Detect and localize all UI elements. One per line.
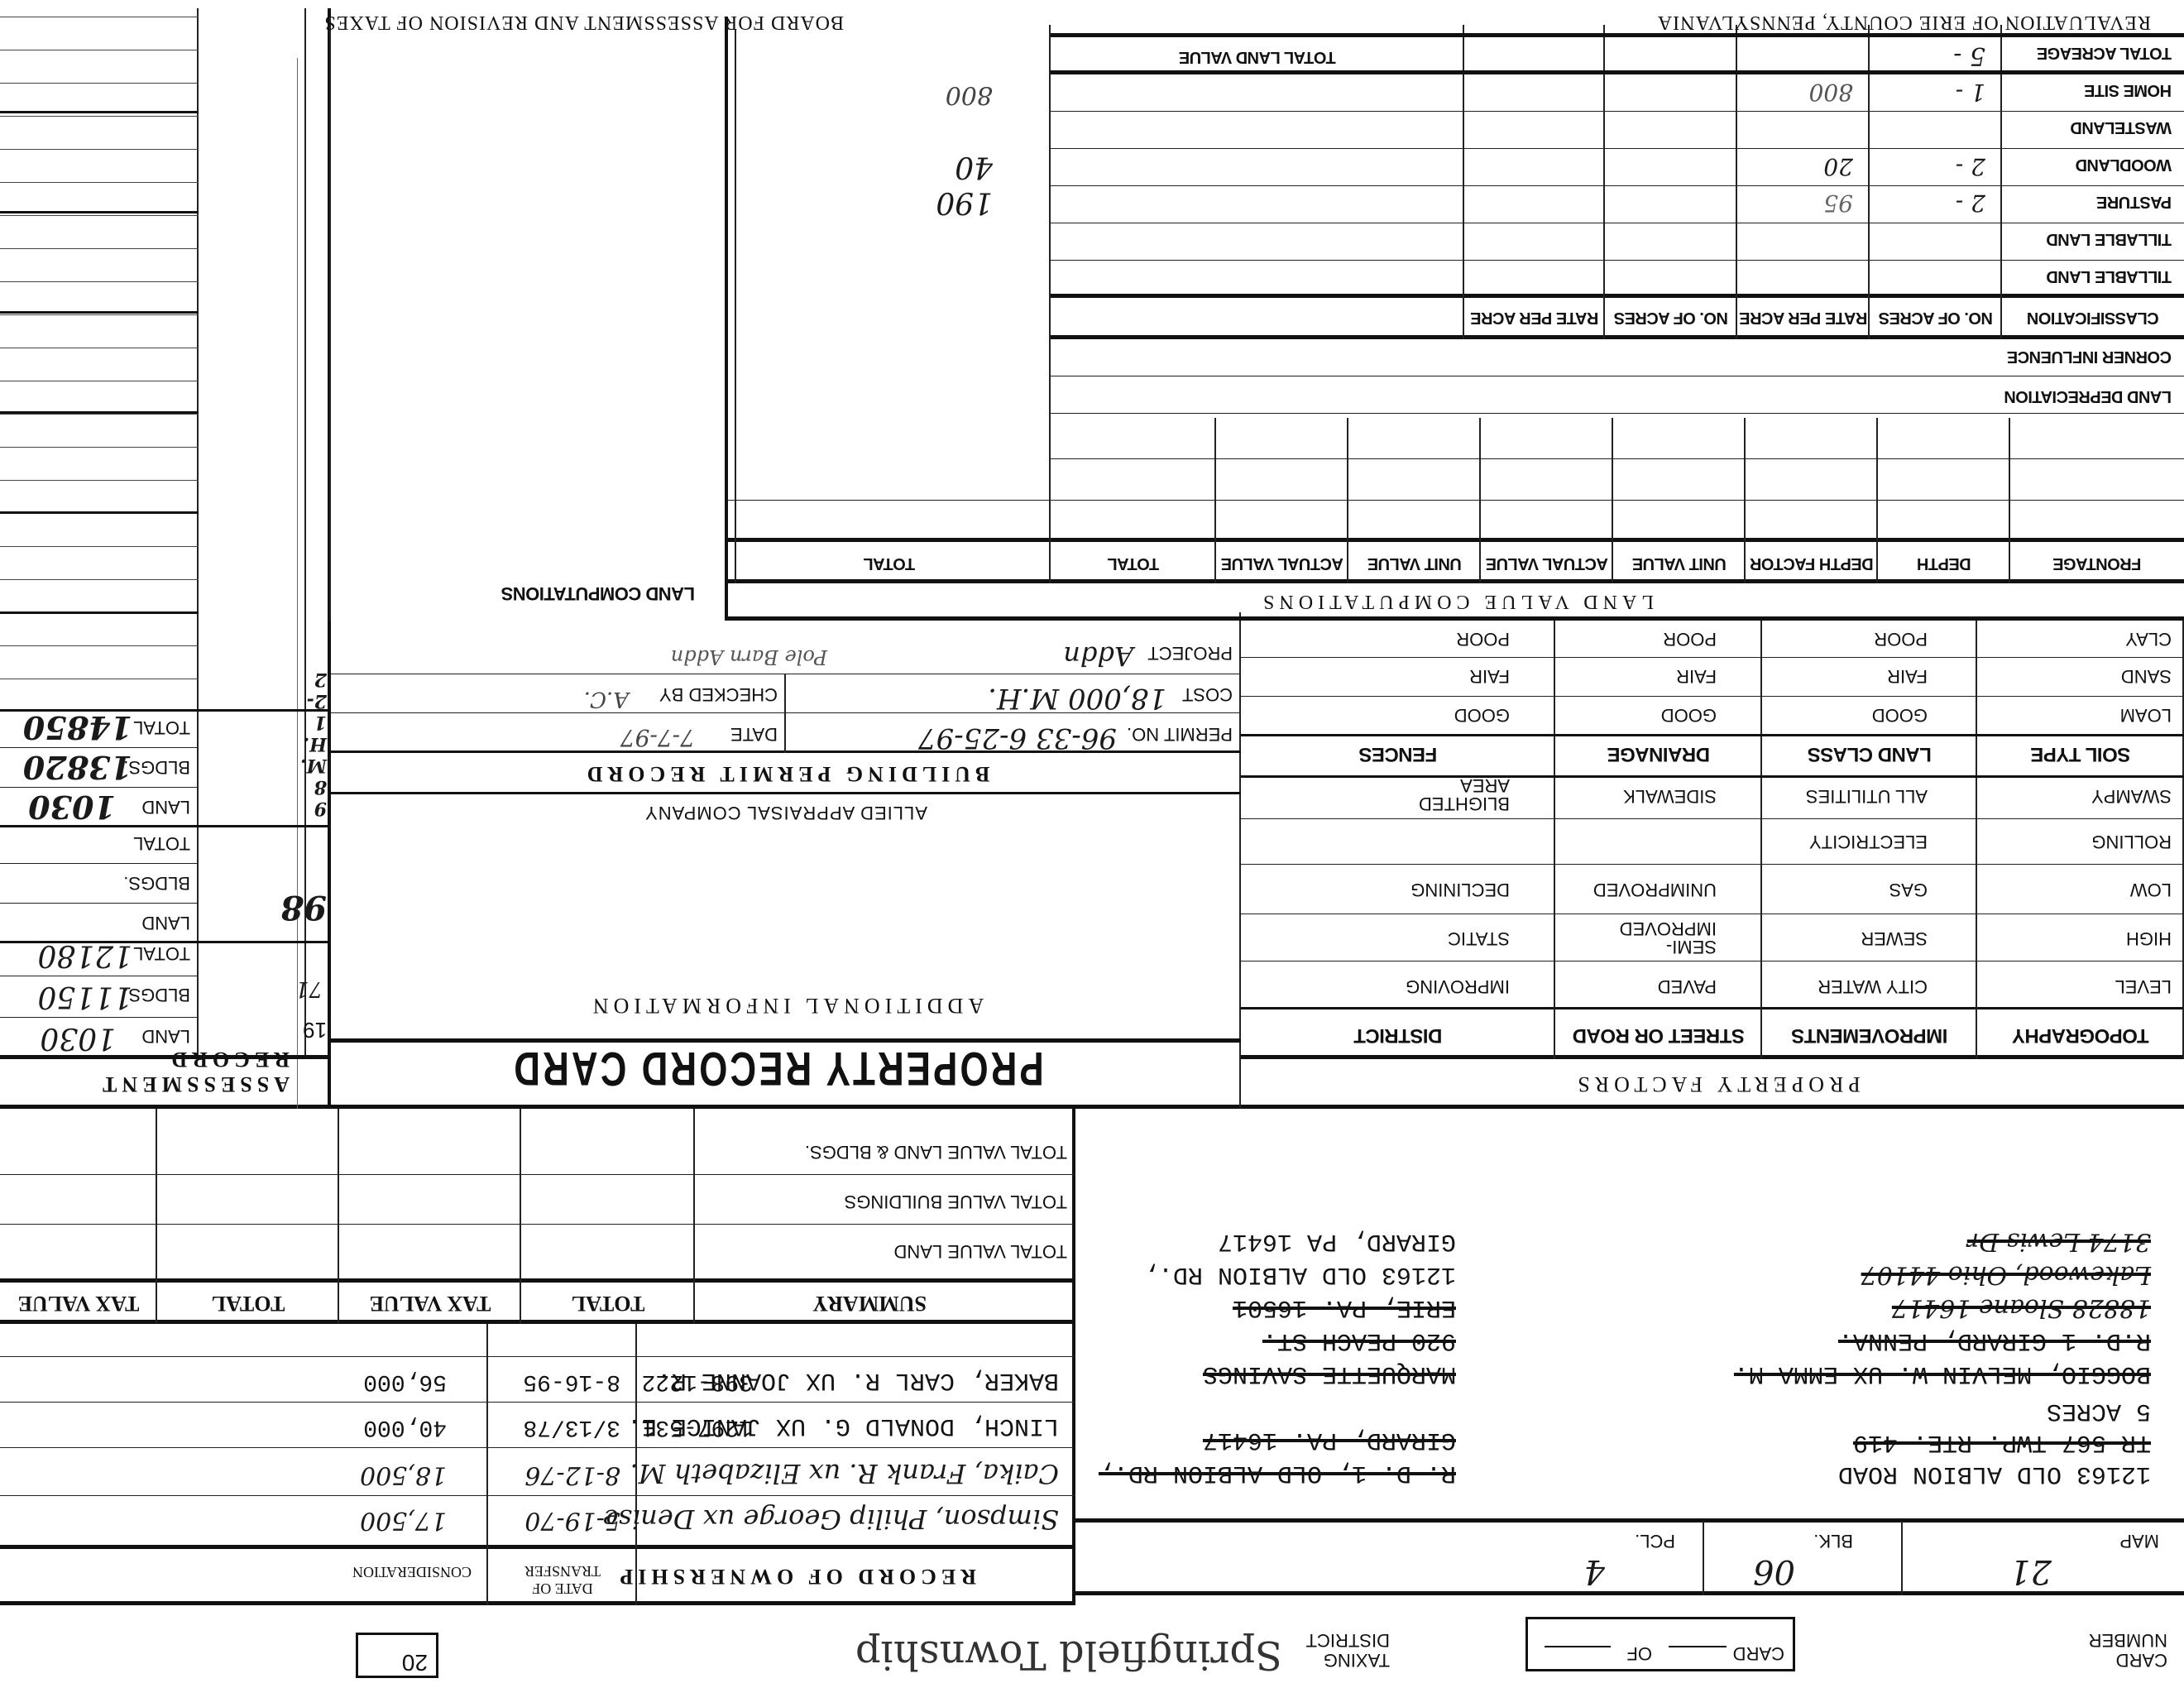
taxing-district-value: Springfield Township [855, 1632, 1282, 1678]
mail-line-5: ERIE, PA. 16501 [1099, 1291, 1456, 1324]
blk-value: 06 [1753, 1552, 1795, 1590]
acr-row-woodland: WOODLAND [2076, 155, 2172, 174]
lv-col-total-1: TOTAL [1051, 554, 1216, 573]
pf-gas: GAS [1889, 879, 1928, 900]
assess-label-land: LAND [141, 796, 190, 818]
acr-woodland-acres: 2 - [1956, 153, 1985, 180]
pf-col-improvements: IMPROVEMENTS [1762, 1024, 1977, 1047]
property-address: 12163 OLD ALBION ROAD TR 567 TWP. RTE. 4… [1838, 1395, 2151, 1489]
property-record-card-title: PROPERTY RECORD CARD [314, 1041, 1241, 1095]
pf-col-topography: TOPOGRAPHY [1977, 1024, 2184, 1047]
blk-label: BLK. [1813, 1530, 1853, 1551]
consideration-1: 17,500 [360, 1506, 447, 1535]
appraisal-company: ALLIED APPRAISAL COMPANY [331, 802, 1241, 823]
pf-landclass-good: GOOD [1872, 704, 1928, 726]
acr-homesite-value: 800 [946, 80, 993, 109]
deed-ref-4: 398-1222 [642, 1369, 753, 1394]
mail-line-6: 12163 OLD ALBION RD., [1099, 1258, 1456, 1291]
assess-label-bldgs: BLDGS. [123, 984, 190, 1005]
mail-line-4: 920 PEACH ST. [1099, 1324, 1456, 1357]
assess-label-land: LAND [141, 912, 190, 933]
acr-homesite-acres: 1 - [1956, 79, 1985, 106]
additional-information-title: ADDITIONAL INFORMATION [331, 993, 1241, 1018]
checked-by-value: A.C. [584, 687, 629, 712]
acr-col-rate-2: RATE PER ACRE [1464, 308, 1605, 327]
pf-sewer: SEWER [1861, 928, 1928, 949]
pf-level: LEVEL [2115, 976, 2172, 997]
mail-line-7: GIRARD, PA 16417 [1099, 1225, 1456, 1258]
acr-total-acres: 5 - [1953, 41, 1985, 70]
transfer-date-4: 8-16-95 [523, 1369, 620, 1394]
board-title: BOARD FOR ASSESSMENT AND REVISION OF TAX… [323, 11, 844, 33]
assess-land-1: 1030 [40, 1021, 116, 1055]
project-note: Pole Barn Addn [671, 645, 827, 669]
pf-landclass-fair: FAIR [1887, 665, 1928, 687]
lv-col-depth: DEPTH [1878, 554, 2010, 573]
land-computations-title: LAND COMPUTATIONS [501, 583, 695, 604]
acr-woodland-value: 40 [955, 150, 993, 184]
pf-low: LOW [2130, 879, 2172, 900]
owner-line-3: 18828 Sloane 16417 [1734, 1291, 2151, 1324]
pf-col-soil-type: SOIL TYPE [1977, 742, 2184, 765]
corner-influence-label: CORNER INFLUENCE [2007, 347, 2172, 366]
building-permit-title: BUILDING PERMIT RECORD [331, 761, 1241, 786]
summary-row-buildings: TOTAL VALUE BUILDINGS [845, 1191, 1067, 1212]
lv-col-depth-factor: DEPTH FACTOR [1746, 554, 1878, 573]
checked-by-label: CHECKED BY [659, 683, 778, 705]
summary-title: SUMMARY [812, 1291, 927, 1316]
pf-col-street: STREET OR ROAD [1555, 1024, 1762, 1047]
assess-land-3: 1030 [28, 789, 116, 826]
pf-landclass-poor: POOR [1874, 628, 1928, 650]
acr-row-home-site: HOME SITE [2084, 80, 2172, 99]
pf-electricity: ELECTRICITY [1809, 831, 1928, 852]
permit-no-value: 96-33 6-25-97 [918, 722, 1117, 755]
pf-rolling: ROLLING [2091, 831, 2172, 852]
consideration-header: CONSIDERATION [352, 1563, 472, 1580]
acr-row-tillable-2: TILLABLE LAND [2047, 229, 2172, 248]
pf-all-utilities: ALL UTILITIES [1806, 785, 1928, 807]
permit-date-value: 7-7-97 [620, 724, 695, 751]
lv-col-total-2: TOTAL [728, 554, 1051, 573]
project-label: PROJECT [1147, 642, 1233, 664]
lv-col-actual-value-2: ACTUAL VALUE [1216, 554, 1348, 573]
acr-row-wasteland: WASTELAND [2071, 117, 2172, 137]
pf-col-district: DISTRICT [1241, 1024, 1555, 1047]
acr-col-acres-2: NO. OF ACRES [1605, 308, 1737, 327]
pf-sand: SAND [2121, 665, 2172, 687]
owner-name-1: Simpson, Philip George ux Denise [603, 1503, 1059, 1535]
cost-label: COST [1182, 683, 1233, 705]
card-label: CARD [1733, 1642, 1784, 1664]
assess-year-1: 19 [303, 1017, 327, 1043]
permit-date-label: DATE [730, 723, 778, 745]
mailing-address-block: R. D. 1, OLD ALBION RD., GIRARD, PA. 164… [1099, 1225, 1456, 1489]
mail-line-3: MARQUETTE SAVINGS [1099, 1357, 1456, 1390]
summary-tax-header-1: TAX VALUE [339, 1291, 521, 1316]
deed-ref-3: 1297-531 [642, 1414, 753, 1440]
assess-label-total: TOTAL [133, 832, 190, 854]
address-line-1: 12163 OLD ALBION ROAD [1838, 1458, 2151, 1489]
revaluation-title: REVALUATION OF ERIE COUNTY, PENNSYLVANIA [1657, 11, 2151, 33]
pf-drainage-fair: FAIR [1676, 665, 1717, 687]
ownership-title: RECORD OF OWNERSHIP [615, 1564, 976, 1589]
owner-line-4: Lakewood, Ohio 44107 [1734, 1258, 2151, 1291]
lv-col-actual-value-1: ACTUAL VALUE [1481, 554, 1613, 573]
acr-row-tillable-1: TILLABLE LAND [2047, 266, 2172, 285]
transfer-date-2: 8-12-76 [524, 1460, 620, 1489]
owner-name-2: Caika, Frank R. ux Elizabeth M. [630, 1458, 1059, 1489]
address-line-3: 5 ACRES [1838, 1395, 2151, 1427]
assess-label-land: LAND [141, 1025, 190, 1047]
pf-fences-good: GOOD [1454, 704, 1510, 726]
pf-static: STATIC [1448, 928, 1510, 949]
assess-label-total: TOTAL [133, 942, 190, 964]
acr-col-acres-1: NO. OF ACRES [1870, 308, 2002, 327]
pf-improving: IMPROVING [1406, 976, 1510, 997]
pf-col-fences: FENCES [1241, 742, 1555, 765]
lv-col-unit-value-1: UNIT VALUE [1613, 554, 1746, 573]
consideration-2: 18,500 [360, 1460, 447, 1489]
owner-line-1: BOGGIO, MELVIN W. UX EMMA M. [1734, 1357, 2151, 1390]
assess-label-bldgs: BLDGS. [123, 872, 190, 894]
pf-high: HIGH [2126, 928, 2172, 949]
pf-drainage-good: GOOD [1661, 704, 1717, 726]
pcl-value: 4 [1584, 1552, 1605, 1590]
total-land-value-label: TOTAL LAND VALUE [1051, 47, 1464, 66]
assess-bldgs-3: 13820 [23, 749, 132, 786]
pf-loam: LOAM [2120, 704, 2172, 726]
acr-pasture-value: 190 [936, 185, 993, 219]
consideration-4: 56,000 [363, 1369, 447, 1394]
mail-line-1: R. D. 1, OLD ALBION RD., [1099, 1456, 1456, 1489]
land-value-computations-title: LAND VALUE COMPUTATIONS [728, 590, 2184, 612]
assess-year-note-2: 98 [280, 888, 327, 927]
summary-tax-header-2: TAX VALUE [0, 1291, 157, 1316]
transfer-date-1: 5-19-70 [524, 1506, 620, 1535]
assess-bldgs-1: 11150 [37, 980, 132, 1014]
card-of-box: CARD OF [1525, 1617, 1795, 1671]
consideration-3: 40,000 [363, 1414, 447, 1440]
of-label: OF [1626, 1642, 1652, 1664]
property-record-card: CARD NUMBER CARD OF TAXING DISTRICT Spri… [0, 0, 2184, 1688]
map-label: MAP [2119, 1530, 2159, 1551]
pf-drainage-poor: POOR [1663, 628, 1717, 650]
acr-homesite-rate: 800 [1809, 79, 1853, 106]
map-value: 21 [2009, 1552, 2052, 1590]
summary-total-header-1: TOTAL [521, 1291, 695, 1316]
pf-city-water: CITY WATER [1818, 976, 1928, 997]
pf-col-drainage: DRAINAGE [1555, 742, 1762, 765]
pf-col-land-class: LAND CLASS [1762, 742, 1977, 765]
pf-semi-improved: SEMI-IMPROVED [1626, 919, 1717, 956]
mail-line-2: GIRARD, PA. 16417 [1099, 1423, 1456, 1456]
transfer-date-3: 3/13/78 [523, 1414, 620, 1440]
assess-label-bldgs: BLDGS. [123, 756, 190, 778]
assessment-empty-rows [0, 17, 199, 712]
assess-year-note-3: 98 M.H. 12-2 [302, 669, 327, 819]
acr-pasture-acres: 2 - [1956, 189, 1985, 217]
property-factors-title: PROPERTY FACTORS [1249, 1072, 2184, 1096]
assess-total-1: 12180 [37, 938, 132, 972]
acr-row-pasture: PASTURE [2096, 192, 2172, 211]
acr-col-classification: CLASSIFICATION [2002, 308, 2184, 327]
pf-fences-fair: FAIR [1469, 665, 1510, 687]
card-number-label: CARD NUMBER [2068, 1630, 2167, 1670]
lv-col-unit-value-2: UNIT VALUE [1348, 554, 1481, 573]
address-line-2: TR 567 TWP. RTE. 419 [1838, 1427, 2151, 1458]
pcl-label: PCL. [1635, 1530, 1675, 1551]
lv-col-frontage: FRONTAGE [2010, 554, 2184, 573]
pf-sidewalk: SIDEWALK [1623, 785, 1717, 807]
district-code-box: 20 [356, 1633, 438, 1678]
project-value: Addn [1063, 640, 1133, 672]
permit-no-label: PERMIT NO. [1127, 723, 1233, 745]
owner-line-5: 3174 Lewis Dr [1734, 1225, 2151, 1258]
land-depreciation-label: LAND DEPRECIATION [2004, 386, 2172, 405]
assess-year-note-1: 71 [295, 976, 323, 1001]
assess-label-total: TOTAL [133, 717, 190, 738]
assess-total-3: 14850 [23, 709, 132, 746]
summary-row-land: TOTAL VALUE LAND [894, 1240, 1067, 1262]
pf-fences-poor: POOR [1456, 628, 1510, 650]
pf-declining: DECLINING [1410, 879, 1510, 900]
pf-swampy: SWAMPY [2091, 785, 2172, 807]
owner-line-2: R.D. 1 GIRARD, PENNA. [1734, 1324, 2151, 1357]
cost-value: 18,000 M.H. [988, 682, 1166, 715]
date-of-transfer-header: DATE OF TRANSFER [496, 1562, 629, 1597]
acr-pasture-rate: 95 [1823, 189, 1853, 217]
summary-row-land-bldgs: TOTAL VALUE LAND & BLDGS. [805, 1141, 1067, 1163]
acr-col-rate-1: RATE PER ACRE [1737, 308, 1870, 327]
taxing-district-label: TAXING DISTRICT [1291, 1630, 1390, 1670]
prior-owner-block: BOGGIO, MELVIN W. UX EMMA M. R.D. 1 GIRA… [1734, 1225, 2151, 1390]
pf-clay: CLAY [2125, 628, 2172, 650]
pf-unimproved: UNIMPROVED [1593, 879, 1717, 900]
acr-row-total-acreage: TOTAL ACREAGE [2037, 43, 2172, 62]
summary-total-header-2: TOTAL [157, 1291, 339, 1316]
pf-paved: PAVED [1658, 976, 1717, 997]
pf-blighted-area: BLIGHTED AREA [1410, 776, 1510, 813]
acr-woodland-rate: 20 [1823, 153, 1853, 180]
